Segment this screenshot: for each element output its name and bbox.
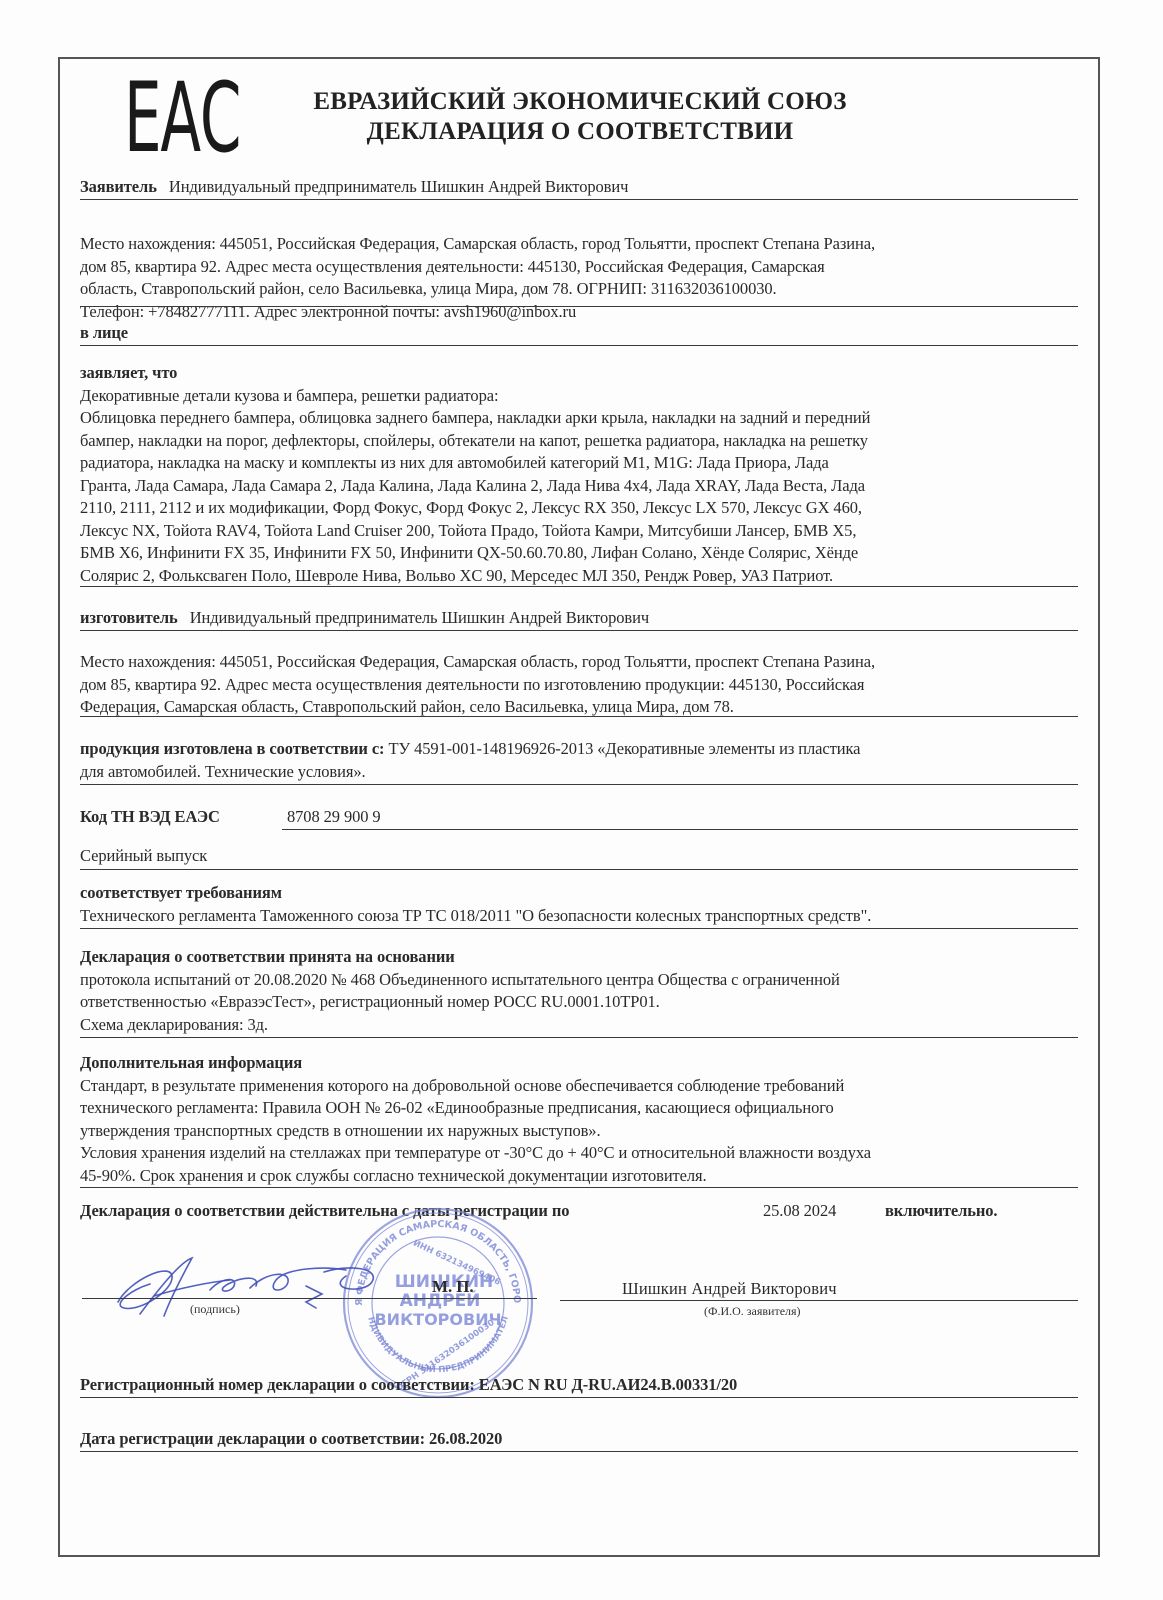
produced-per-label: продукция изготовлена в соответствии с: [80, 739, 384, 758]
name-line [560, 1300, 1078, 1301]
product-line: радиатора, накладка на маску и комплекты… [80, 452, 870, 475]
product-line: Солярис 2, Фольксваген Поло, Шевроле Нив… [80, 565, 870, 588]
additional-info-line: утверждения транспортных средств в отнош… [80, 1120, 1066, 1143]
registration-date: Дата регистрации декларации о соответств… [80, 1428, 502, 1451]
applicant-value: Индивидуальный предприниматель Шишкин Ан… [169, 177, 628, 196]
divider [80, 586, 1078, 587]
product-title: Декоративные детали кузова и бампера, ре… [80, 385, 870, 408]
product-line: 2110, 2111, 2112 и их модификации, Форд … [80, 497, 870, 520]
declaration-scheme: Схема декларирования: 3д. [80, 1014, 1066, 1037]
conforms-value: Технического регламента Таможенного союз… [80, 905, 871, 928]
address-line: Место нахождения: 445051, Российская Фед… [80, 651, 875, 674]
tn-ved-label: Код ТН ВЭД ЕАЭС [80, 806, 220, 829]
address-line: дом 85, квартира 92. Адрес места осущест… [80, 674, 875, 697]
manufacturer-address: Место нахождения: 445051, Российская Фед… [80, 651, 875, 719]
divider [80, 630, 1078, 631]
divider [80, 716, 1078, 717]
divider [80, 1451, 1078, 1452]
seal-label: М. П. [432, 1276, 474, 1299]
additional-info-block: Дополнительная информация Стандарт, в ре… [80, 1052, 1066, 1187]
product-line: БМВ X6, Инфинити FX 35, Инфинити FX 50, … [80, 542, 870, 565]
address-line: дом 85, квартира 92. Адрес места осущест… [80, 256, 875, 279]
header-union-title: ЕВРАЗИЙСКИЙ ЭКОНОМИЧЕСКИЙ СОЮЗ [270, 86, 890, 118]
additional-info-line: технического регламента: Правила ООН № 2… [80, 1097, 1066, 1120]
conforms-block: соответствует требованиям Технического р… [80, 882, 871, 927]
name-caption: (Ф.И.О. заявителя) [704, 1304, 801, 1319]
address-line: Телефон: +78482777111. Адрес электронной… [80, 301, 875, 324]
divider [80, 1187, 1078, 1188]
validity-suffix: включительно. [885, 1200, 997, 1223]
applicant-label: Заявитель [80, 177, 157, 196]
product-line: Гранта, Лада Самара, Лада Самара 2, Лада… [80, 475, 870, 498]
conforms-label: соответствует требованиям [80, 882, 871, 905]
divider [80, 784, 1078, 785]
release-type: Серийный выпуск [80, 845, 207, 868]
basis-line: ответственностью «ЕвразэсТест», регистра… [80, 991, 1066, 1014]
signature-scribble [110, 1250, 410, 1330]
divider [80, 869, 1078, 870]
product-line: Лексус NX, Тойота RAV4, Тойота Land Crui… [80, 520, 870, 543]
manufacturer-value: Индивидуальный предприниматель Шишкин Ан… [190, 608, 649, 627]
produced-per: продукция изготовлена в соответствии с: … [80, 738, 860, 783]
address-line: область, Ставропольский район, село Васи… [80, 278, 875, 301]
divider [80, 345, 1078, 346]
declaration-product: заявляет, что Декоративные детали кузова… [80, 362, 870, 587]
applicant-name: Шишкин Андрей Викторович [622, 1278, 837, 1301]
tn-ved-value: 8708 29 900 9 [287, 806, 381, 829]
additional-info-line: 45-90%. Срок хранения и срок службы согл… [80, 1165, 1066, 1188]
registration-number: Регистрационный номер декларации о соотв… [80, 1374, 737, 1397]
product-line: Облицовка переднего бампера, облицовка з… [80, 407, 870, 430]
divider [282, 829, 1078, 830]
divider [80, 306, 1078, 307]
manufacturer-row: изготовитель Индивидуальный предпринимат… [80, 607, 649, 630]
signature-caption: (подпись) [190, 1302, 240, 1317]
address-line: Место нахождения: 445051, Российская Фед… [80, 233, 875, 256]
divider [80, 1037, 1078, 1038]
product-line: бампер, накладки на порог, дефлекторы, с… [80, 430, 870, 453]
divider [80, 928, 1078, 929]
represented-by-label: в лице [80, 322, 128, 345]
declares-label: заявляет, что [80, 362, 870, 385]
validity-date: 25.08 2024 [763, 1200, 836, 1223]
manufacturer-label: изготовитель [80, 608, 178, 627]
basis-block: Декларация о соответствии принята на осн… [80, 946, 1066, 1036]
applicant-row: Заявитель Индивидуальный предприниматель… [80, 176, 628, 199]
produced-per-value-cont: для автомобилей. Технические условия». [80, 761, 860, 784]
divider [80, 199, 1078, 200]
basis-label: Декларация о соответствии принята на осн… [80, 946, 1066, 969]
additional-info-line: Условия хранения изделий на стеллажах пр… [80, 1142, 1066, 1165]
additional-info-label: Дополнительная информация [80, 1052, 1066, 1075]
additional-info-line: Стандарт, в результате применения которо… [80, 1075, 1066, 1098]
produced-per-value: ТУ 4591-001-148196926-2013 «Декоративные… [384, 739, 860, 758]
eac-logo: ЕАС [124, 70, 240, 166]
divider [80, 1397, 1078, 1398]
applicant-address: Место нахождения: 445051, Российская Фед… [80, 233, 875, 323]
basis-line: протокола испытаний от 20.08.2020 № 468 … [80, 969, 1066, 992]
header-declaration-title: ДЕКЛАРАЦИЯ О СООТВЕТСТВИИ [270, 116, 890, 148]
